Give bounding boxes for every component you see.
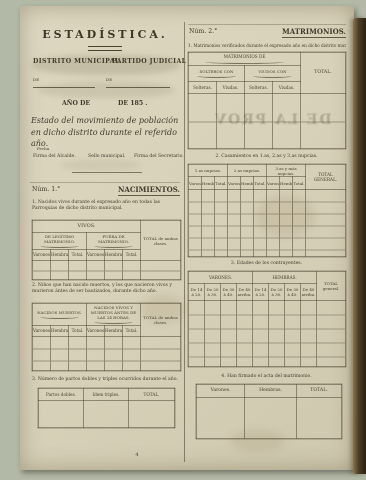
municipal-seal-label: Sello municipal. xyxy=(88,154,125,160)
blank-cell xyxy=(202,190,215,257)
blank-cell xyxy=(87,261,105,280)
blank-cell xyxy=(51,261,69,280)
blank-cell xyxy=(84,401,129,428)
intro-paragraph: Estado del movimiento de población en di… xyxy=(31,115,181,150)
blank-cell xyxy=(241,190,254,257)
blank-cell xyxy=(254,190,267,257)
scanned-document: DE LA PROV ESTADÍSTICA. DISTRITO MUNICIP… xyxy=(0,0,366,480)
blank-cell xyxy=(39,401,84,428)
stillborn-group-header: NACIDOS MUERTOS. xyxy=(33,304,87,326)
brace-decoration xyxy=(205,60,285,64)
district-fill-line xyxy=(33,80,95,88)
section-number: Núm. 1.° xyxy=(32,186,60,194)
blank-cell xyxy=(317,301,346,367)
nuptials-table: 1.as nupcias. 2.as nupcias. 3.as y más n… xyxy=(188,164,346,257)
marriages-section-title: MATRIMONIOS. xyxy=(282,27,346,38)
females-group-header: HEMBRAS. xyxy=(253,272,317,284)
blank-cell xyxy=(105,337,123,371)
blank-cell xyxy=(267,190,280,257)
book-binding-edge xyxy=(353,18,366,474)
fecha-label: Fecha. xyxy=(37,146,50,151)
col-males: Varones. xyxy=(197,385,245,398)
question-2-remarriages: 2. Casamientos en 1.as, 2.as y 3.as nupc… xyxy=(188,154,345,160)
blank-cell xyxy=(129,401,175,428)
col-total: Total. xyxy=(254,177,267,190)
col-males: Varones. xyxy=(87,326,105,337)
died-early-group-label: NACIDOS VIVOS Y MUERTOS ÁNTES DE LAS 24 … xyxy=(87,304,140,320)
spouse-ages-table: VARONES. HEMBRAS. TOTAL general. De 14 á… xyxy=(188,271,346,367)
triplet-births-header: Idem triples. xyxy=(84,389,129,401)
masthead-title: ESTADÍSTICA. xyxy=(30,28,180,41)
year-label: AÑO DE xyxy=(62,100,90,108)
marriages-table: MATRIMONIOS DE TOTAL. SOLTEROS CON VIUDO… xyxy=(188,52,346,149)
blank-cell xyxy=(217,94,245,149)
blank-cell xyxy=(33,261,51,280)
signatures-table: Varones. Hembras. TOTAL. xyxy=(196,384,342,439)
stillborn-group-label: NACIDOS MUERTOS. xyxy=(33,309,86,315)
col-total: Total. xyxy=(123,326,141,337)
section-rule xyxy=(188,24,346,25)
blank-cell xyxy=(253,301,269,367)
col-age-bracket: De 30 á 40. xyxy=(221,284,237,301)
page-signature-mark: 4 xyxy=(132,452,142,459)
col-males: Varones. xyxy=(189,177,202,190)
section-rule xyxy=(30,182,180,183)
question-3-multiple-births: 3. Número de partos dobles y triples ocu… xyxy=(32,377,180,383)
births-section-title: NACIMIENTOS. xyxy=(118,185,180,196)
signature-rule xyxy=(72,172,142,173)
brace-decoration xyxy=(40,244,78,248)
col-males: Varones. xyxy=(267,177,280,190)
blank-cell xyxy=(141,261,181,280)
blank-cell xyxy=(245,94,273,149)
blank-cell xyxy=(301,94,346,149)
births-span-header: VIVOS. xyxy=(33,221,141,233)
widowers-group-header: VIUDOS CON xyxy=(245,66,301,82)
col-age-bracket: De 40 arriba. xyxy=(237,284,253,301)
third-nuptials-header: 3.as y más nupcias. xyxy=(267,165,306,177)
blank-cell xyxy=(141,337,181,371)
births-total-header: TOTAL de ambas clases. xyxy=(141,221,181,261)
district-label: DISTRITO MUNICIPAL xyxy=(33,58,120,66)
blank-cell xyxy=(221,301,237,367)
col-males: Varones. xyxy=(228,177,241,190)
marriages-span-label: MATRIMONIOS DE xyxy=(189,53,300,59)
marriages-total-header: TOTAL. xyxy=(301,53,346,94)
blank-cell xyxy=(123,337,141,371)
second-nuptials-header: 2.as nupcias. xyxy=(228,165,267,177)
col-age-bracket: De 14 á 20. xyxy=(189,284,205,301)
blank-cell xyxy=(215,190,228,257)
blank-cell xyxy=(189,301,205,367)
brace-decoration xyxy=(197,74,237,78)
col-females: Hembras. xyxy=(241,177,254,190)
masthead-double-rule xyxy=(88,46,122,51)
blank-cell xyxy=(280,190,293,257)
col-females: Hembras. xyxy=(280,177,293,190)
question-4-signed: 4. Han firmado el acta del matrimonio. xyxy=(188,374,345,380)
first-nuptials-header: 1.as nupcias. xyxy=(189,165,228,177)
bleed-through-smudge xyxy=(60,160,140,170)
col-age-bracket: De 40 arriba. xyxy=(301,284,317,301)
legitimate-group-header: DE LEGÍTIMO MATRIMONIO. xyxy=(33,233,87,250)
blank-cell xyxy=(269,301,285,367)
legitimate-group-label: DE LEGÍTIMO MATRIMONIO. xyxy=(33,233,86,244)
blank-cell xyxy=(245,398,297,439)
col-total: Total. xyxy=(69,326,87,337)
col-widows: Viudas. xyxy=(273,82,301,94)
mayor-signature-label: Firma del Alcalde. xyxy=(33,154,76,160)
col-females: Hembras. xyxy=(245,385,297,398)
blank-cell xyxy=(301,301,317,367)
col-females: Hembras. xyxy=(105,250,123,261)
births-table: VIVOS. TOTAL de ambas clases. DE LEGÍTIM… xyxy=(32,220,181,280)
stillbirths-table: NACIDOS MUERTOS. NACIDOS VIVOS Y MUERTOS… xyxy=(32,303,181,371)
secretary-signature-label: Firma del Secretario. xyxy=(134,154,184,160)
col-total: Total. xyxy=(215,177,228,190)
stillbirths-total-header: TOTAL de ambas clases. xyxy=(141,304,181,337)
blank-cell xyxy=(297,398,342,439)
blank-cell xyxy=(189,190,202,257)
blank-cell xyxy=(293,190,306,257)
brace-decoration xyxy=(94,320,132,324)
page-fold-divider xyxy=(184,22,185,462)
blank-cell xyxy=(123,261,141,280)
blank-cell xyxy=(237,301,253,367)
nuptials-total-header: TOTAL GENERAL. xyxy=(306,165,346,190)
twin-births-header: Partos dobles. xyxy=(39,389,84,401)
brace-decoration xyxy=(253,74,293,78)
section-number: Núm. 2.° xyxy=(189,28,217,36)
col-females: Hembras. xyxy=(51,326,69,337)
col-single-women: Solteras. xyxy=(189,82,217,94)
col-males: Varones. xyxy=(33,326,51,337)
males-group-header: VARONES. xyxy=(189,272,253,284)
col-total: Total. xyxy=(69,250,87,261)
blank-cell xyxy=(285,301,301,367)
col-age-bracket: De 14 á 20. xyxy=(253,284,269,301)
year-value-label: DE 185 . xyxy=(118,100,147,108)
bachelors-group-header: SOLTEROS CON xyxy=(189,66,245,82)
out-of-wedlock-group-label: FUERA DE MATRIMONIO. xyxy=(87,233,140,244)
question-2-stillbirths: 2. Niños que han nacido muertos, y los q… xyxy=(32,283,180,295)
ages-total-header: TOTAL general. xyxy=(317,272,346,301)
blank-cell xyxy=(189,94,217,149)
blank-cell xyxy=(87,337,105,371)
col-age-bracket: De 20 á 30. xyxy=(205,284,221,301)
total-header: TOTAL. xyxy=(129,389,175,401)
col-age-bracket: De 30 á 40. xyxy=(285,284,301,301)
blank-cell xyxy=(69,261,87,280)
judicial-fill-line xyxy=(106,80,170,88)
col-age-bracket: De 20 á 30. xyxy=(269,284,285,301)
col-females: Hembras. xyxy=(51,250,69,261)
blank-cell xyxy=(33,337,51,371)
brace-decoration xyxy=(40,315,78,319)
col-males: Varones. xyxy=(87,250,105,261)
blank-cell xyxy=(228,190,241,257)
blank-cell xyxy=(197,398,245,439)
blank-cell xyxy=(69,337,87,371)
col-single-women: Solteras. xyxy=(245,82,273,94)
brace-decoration xyxy=(94,244,132,248)
blank-cell xyxy=(273,94,301,149)
question-1-births: 1. Nacidos vivos durante el expresado añ… xyxy=(32,200,180,212)
total-header: TOTAL. xyxy=(297,385,342,398)
judicial-label: PARTIDO JUDICIAL xyxy=(112,58,186,66)
blank-cell xyxy=(105,261,123,280)
died-early-group-header: NACIDOS VIVOS Y MUERTOS ÁNTES DE LAS 24 … xyxy=(87,304,141,326)
blank-cell xyxy=(306,190,346,257)
question-3-ages: 3. Edades de los contrayentes. xyxy=(188,261,345,267)
question-1-marriages: 1. Matrimonios verificados durante el ex… xyxy=(188,43,346,48)
col-females: Hembras. xyxy=(105,326,123,337)
out-of-wedlock-group-header: FUERA DE MATRIMONIO. xyxy=(87,233,141,250)
col-females: Hembras. xyxy=(202,177,215,190)
multiple-births-table: Partos dobles. Idem triples. TOTAL. xyxy=(38,388,175,428)
col-total: Total. xyxy=(293,177,306,190)
col-total: Total. xyxy=(123,250,141,261)
blank-cell xyxy=(205,301,221,367)
col-widows: Viudas. xyxy=(217,82,245,94)
col-males: Varones. xyxy=(33,250,51,261)
marriages-span-header: MATRIMONIOS DE xyxy=(189,53,301,66)
blank-cell xyxy=(51,337,69,371)
